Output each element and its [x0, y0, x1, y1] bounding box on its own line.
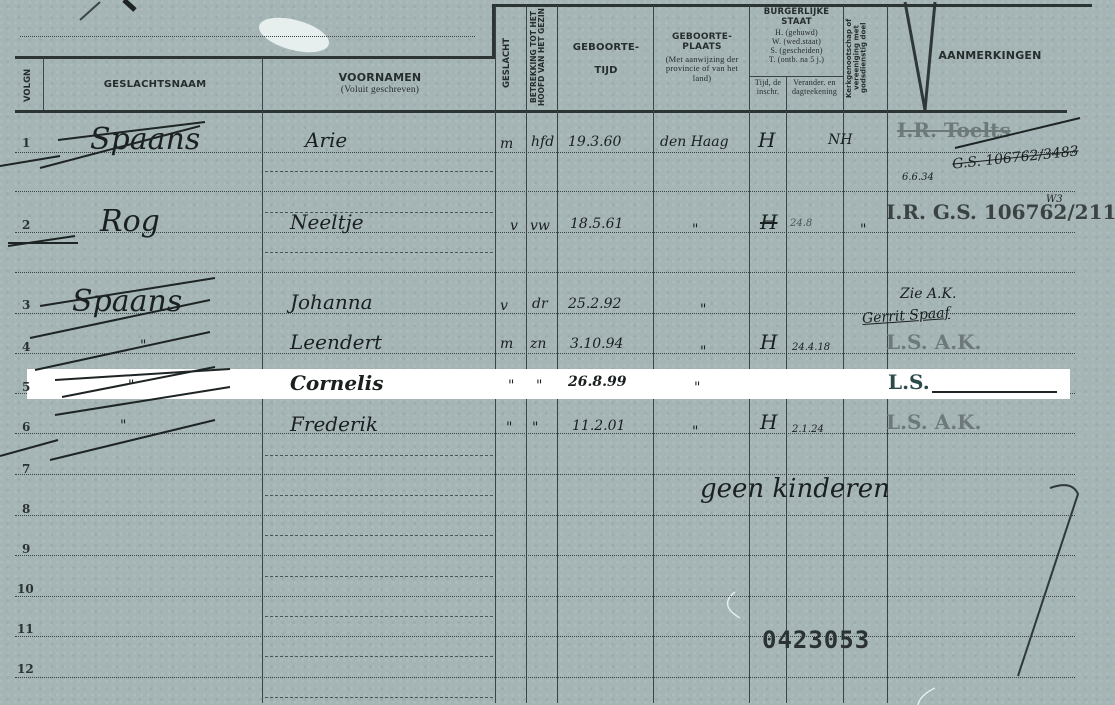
row1-burgerlijke-staat: H — [758, 128, 775, 152]
row5-stamp-ls: L.S. — [888, 370, 930, 394]
registration-card: VOLGN GESLACHTSNAAM VOORNAMEN (Voluit ge… — [0, 0, 1115, 705]
row3-geboorteplaats: " — [700, 302, 706, 318]
row3-geboortedatum: 25.2.92 — [568, 296, 621, 312]
row4-betrekking: zn — [530, 336, 546, 352]
row6-voornaam: Frederik — [290, 412, 378, 436]
header-kerkgenootschap: Kerkgenootschap of vereeniging met godsd… — [846, 8, 884, 108]
row2-betrekking: vw — [530, 218, 550, 234]
header-voornamen: VOORNAMEN (Voluit geschreven) — [300, 72, 460, 96]
row4-voornaam: Leendert — [290, 330, 382, 354]
row-number-8: 8 — [22, 502, 30, 516]
row1-geslacht: m — [500, 136, 513, 152]
row-number-5: 5 — [22, 380, 30, 394]
row6-betrekking: " — [532, 420, 538, 436]
row-number-1: 1 — [22, 136, 30, 150]
header-tijd-inschrijving: Tijd, de inschr. — [750, 78, 786, 96]
header-betrekking: BETREKKING TOT HET HOOFD VAN HET GEZIN — [530, 8, 554, 106]
row6-geboorteplaats: " — [692, 424, 698, 440]
row3-betrekking: dr — [532, 296, 548, 312]
row2-verandering: 24.8 — [790, 218, 812, 229]
document-number: 0423053 — [762, 626, 870, 654]
row4-geboortedatum: 3.10.94 — [570, 336, 623, 352]
header-geboortetijd-2: TIJD — [594, 65, 617, 76]
paper-damage-spot — [255, 11, 332, 59]
header-geboorteplaats: GEBOORTE- PLAATS (Met aanwijzing der pro… — [656, 32, 748, 84]
legend-ontbonden: T. (ontb. na 5 j.) — [751, 55, 842, 64]
row1-achternaam: Spaans — [90, 122, 200, 157]
header-burgerlijke-staat-title: BURGERLIJKE STAAT — [764, 7, 830, 27]
row6-verandering: 2.1.24 — [792, 424, 824, 435]
header-voornamen-sub: (Voluit geschreven) — [300, 85, 460, 96]
header-geboorteplaats-1: GEBOORTE- — [672, 32, 732, 42]
row2-geboortedatum: 18.5.61 — [570, 216, 623, 232]
header-geslacht: GESLACHT — [503, 25, 512, 100]
row-number-4: 4 — [22, 340, 30, 354]
row2-geboorteplaats: " — [692, 222, 698, 238]
row6-geslacht: " — [506, 420, 512, 436]
row2-w3-note: W3 — [1046, 194, 1063, 205]
row5-geslacht: " — [508, 378, 514, 394]
header-burgerlijke-staat: BURGERLIJKE STAAT H. (gehuwd) W. (wed.st… — [751, 8, 842, 64]
legend-gescheiden: S. (gescheiden) — [751, 46, 842, 55]
row3-gerrit-spaaf: Gerrit Spaaf — [862, 305, 951, 327]
header-geboortetijd-1: GEBOORTE- — [573, 42, 640, 53]
annotation-geen-kinderen: geen kinderen — [700, 474, 890, 504]
header-geboorteplaats-2: PLAATS — [682, 42, 721, 52]
row3-zie-ak: Zie A.K. — [900, 286, 956, 302]
row6-burgerlijke-staat: H — [760, 410, 777, 434]
row6-achternaam: " — [120, 418, 126, 434]
row1-voornaam: Arie — [305, 128, 347, 152]
row6-stamp-ls: L.S. A.K. — [886, 410, 982, 434]
legend-gehuwd: H. (gehuwd) — [751, 28, 842, 37]
header-geslachtsnaam: GESLACHTSNAAM — [60, 79, 250, 91]
row5-betrekking: " — [536, 378, 542, 394]
row1-stamp-ir: I.R. Toelts — [897, 118, 1011, 142]
row5-voornaam: Cornelis — [290, 371, 384, 395]
row-number-3: 3 — [22, 298, 30, 312]
row-number-7: 7 — [22, 462, 30, 476]
row2-burgerlijke-staat: H — [760, 210, 777, 234]
header-geboortetijd: GEBOORTE- TIJD — [560, 42, 652, 77]
row1-betrekking: hfd — [531, 134, 554, 150]
row2-geslacht: v — [510, 218, 518, 234]
row5-geboorteplaats: " — [694, 380, 700, 396]
row5-geboortedatum: 26.8.99 — [568, 374, 626, 390]
row1-date-note: 6.6.34 — [902, 172, 934, 183]
header-voornamen-title: VOORNAMEN — [339, 71, 422, 84]
row2-voornaam: Neeltje — [290, 210, 364, 234]
row4-burgerlijke-staat: H — [760, 330, 777, 354]
row5-achternaam: " — [128, 378, 134, 394]
row1-geboortedatum: 19.3.60 — [568, 134, 621, 150]
row-number-6: 6 — [22, 420, 30, 434]
row-number-11: 11 — [17, 622, 34, 636]
header-volgnummer: VOLGN — [24, 64, 33, 106]
header-aanmerkingen: AANMERKINGEN — [915, 50, 1065, 63]
row3-geslacht: v — [500, 298, 508, 314]
row2-stamp-ir: I.R. G.S. 106762/2112 — [886, 200, 1115, 224]
row3-voornaam: Johanna — [290, 290, 373, 314]
row4-geboorteplaats: " — [700, 344, 706, 360]
row6-geboortedatum: 11.2.01 — [572, 418, 625, 434]
row1-kerk: NH — [828, 132, 852, 148]
row-number-2: 2 — [22, 218, 30, 232]
row-number-10: 10 — [17, 582, 34, 596]
row2-kerk: " — [860, 222, 866, 238]
row-number-9: 9 — [22, 542, 30, 556]
row4-verandering: 24.4.18 — [792, 342, 830, 353]
header-geboorteplaats-sub: (Met aanwijzing der provincie of van het… — [656, 55, 748, 84]
row3-achternaam: Spaans — [72, 284, 182, 319]
row1-geboorteplaats: den Haag — [660, 134, 729, 150]
row4-stamp-ls: L.S. A.K. — [886, 330, 982, 354]
row-number-12: 12 — [17, 662, 34, 676]
row4-geslacht: m — [500, 336, 513, 352]
row2-achternaam: Rog — [100, 204, 160, 239]
row4-achternaam: " — [140, 338, 146, 354]
row1-gs-number: G.S. 106762/3483 — [952, 143, 1080, 172]
header-verandering: Verander. en dagteekening — [787, 78, 842, 96]
legend-weduwe: W. (wed.staat) — [751, 37, 842, 46]
